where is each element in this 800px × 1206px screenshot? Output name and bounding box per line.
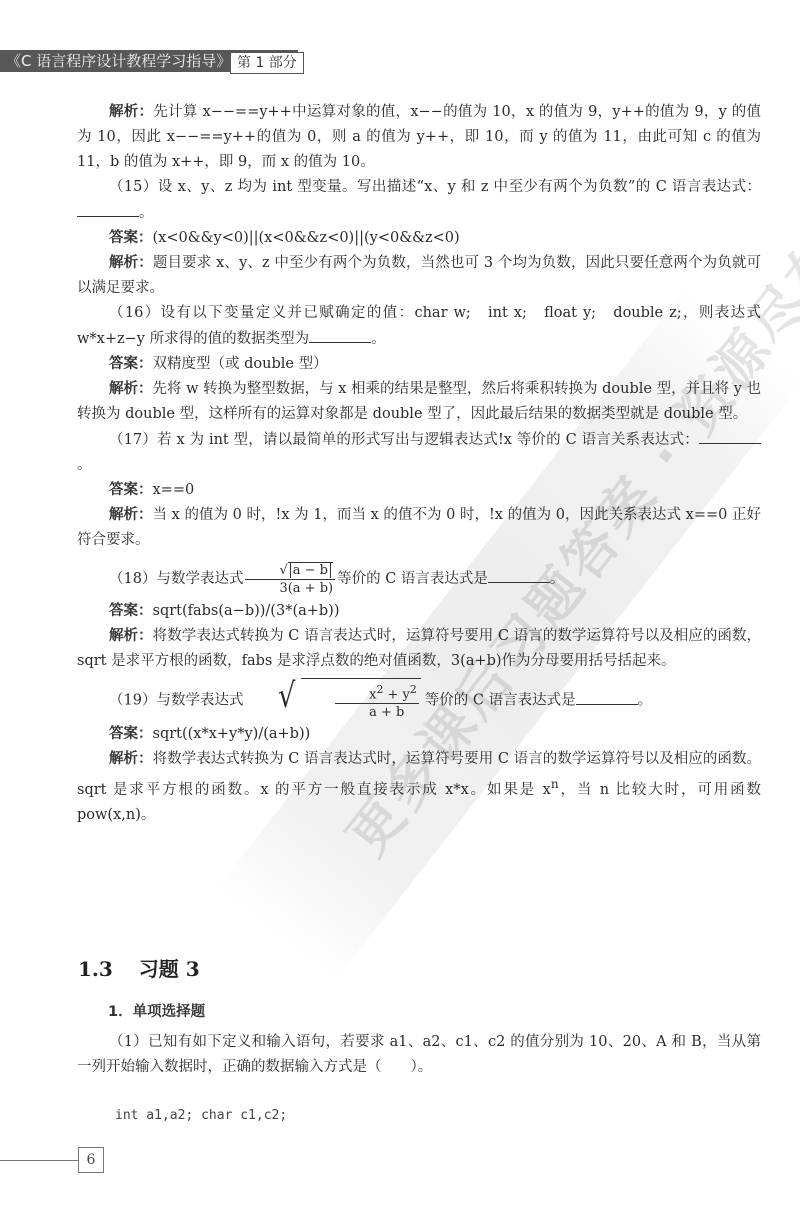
answer-text: sqrt(fabs(a−b))/(3*(a+b)) (153, 603, 340, 619)
q18-question: （18）与数学表达式√a − b3(a + b)等价的 C 语言表达式是。 (77, 559, 761, 599)
answer-text: x==0 (153, 482, 195, 498)
math-fraction: √a − b3(a + b) (245, 562, 335, 597)
q18-analysis: 解析：将数学表达式转换为 C 语言表达式时，运算符号要用 C 语言的数学运算符号… (77, 624, 761, 674)
answer-label: 答案： (109, 603, 153, 619)
answer-label: 答案： (109, 230, 153, 246)
answer-label: 答案： (109, 482, 153, 498)
math-sqrt: √x2 + y2a + b (247, 678, 420, 723)
answer-text: 双精度型（或 double 型） (153, 356, 328, 372)
q19-answer: 答案：sqrt((x*x+y*y)/(a+b)) (77, 722, 761, 747)
answer-text: (x<0&&y<0)||(x<0&&z<0)||(y<0&&z<0) (153, 230, 460, 246)
analysis-label: 解析： (109, 507, 153, 523)
analysis-label: 解析： (109, 104, 153, 120)
analysis-label: 解析： (109, 751, 153, 767)
analysis-text: 先将 w 转换为整型数据，与 x 相乘的结果是整型，然后将乘积转换为 doubl… (77, 381, 761, 422)
answer-blank (488, 566, 550, 583)
page-body: 解析：先计算 x−−==y++中运算对象的值，x−−的值为 10，x 的值为 9… (77, 100, 761, 828)
subsection-heading: 1．单项选择题 (108, 1000, 205, 1021)
q1-block: （1）已知有如下定义和输入语句，若要求 a1、a2、c1、c2 的值分别为 10… (77, 1030, 761, 1080)
answer-blank (77, 200, 139, 217)
answer-label: 答案： (109, 356, 153, 372)
page-number: 6 (78, 1147, 104, 1173)
running-header-title: 《C 语言程序设计教程学习指导》 (6, 51, 231, 71)
q17-analysis: 解析：当 x 的值为 0 时，!x 为 1，而当 x 的值不为 0 时，!x 的… (77, 503, 761, 553)
analysis-text: 题目要求 x、y、z 中至少有两个为负数，当然也可 3 个均为负数，因此只要任意… (77, 255, 761, 296)
code-snippet: int a1,a2; char c1,c2; (115, 1108, 287, 1123)
q16-answer: 答案：双精度型（或 double 型） (77, 352, 761, 377)
analysis-label: 解析： (109, 628, 153, 644)
sqrt-sign: √ (253, 678, 296, 723)
answer-text: sqrt((x*x+y*y)/(a+b)) (153, 726, 311, 742)
answer-blank (576, 688, 638, 705)
q1-question: （1）已知有如下定义和输入语句，若要求 a1、a2、c1、c2 的值分别为 10… (77, 1030, 761, 1080)
q19-question: （19）与数学表达式√x2 + y2a + b等价的 C 语言表达式是。 (77, 678, 761, 722)
sqrt-sign: √ (279, 563, 287, 578)
analysis-label: 解析： (109, 255, 153, 271)
section-heading: 1.3习题 3 (78, 953, 200, 982)
analysis-text: 先计算 x−−==y++中运算对象的值，x−−的值为 10，x 的值为 9，y+… (77, 104, 761, 170)
q16-analysis: 解析：先将 w 转换为整型数据，与 x 相乘的结果是整型，然后将乘积转换为 do… (77, 377, 761, 427)
section-number: 1.3 (78, 957, 113, 981)
q15-answer: 答案：(x<0&&y<0)||(x<0&&z<0)||(y<0&&z<0) (77, 226, 761, 251)
q18-answer: 答案：sqrt(fabs(a−b))/(3*(a+b)) (77, 599, 761, 624)
answer-blank (309, 326, 371, 343)
q17-question: （17）若 x 为 int 型，请以最简单的形式写出与逻辑表达式!x 等价的 C… (77, 427, 761, 478)
footer-rule (0, 1160, 78, 1161)
answer-blank (699, 427, 761, 444)
section-title-text: 习题 3 (139, 957, 200, 981)
running-header-part: 第 1 部分 (230, 52, 304, 74)
analysis-label: 解析： (109, 381, 153, 397)
q14-analysis: 解析：先计算 x−−==y++中运算对象的值，x−−的值为 10，x 的值为 9… (77, 100, 761, 175)
q15-analysis: 解析：题目要求 x、y、z 中至少有两个为负数，当然也可 3 个均为负数，因此只… (77, 251, 761, 301)
q15-question: （15）设 x、y、z 均为 int 型变量。写出描述“x、y 和 z 中至少有… (77, 175, 761, 226)
abs-value: a − b (290, 563, 331, 578)
q16-question: （16）设有以下变量定义并已赋确定的值：char w; int x; float… (77, 301, 761, 352)
q19-analysis: 解析：将数学表达式转换为 C 语言表达式时，运算符号要用 C 语言的数学运算符号… (77, 747, 761, 828)
answer-label: 答案： (109, 726, 153, 742)
analysis-text: 将数学表达式转换为 C 语言表达式时，运算符号要用 C 语言的数学运算符号以及相… (77, 628, 761, 669)
q17-answer: 答案：x==0 (77, 478, 761, 503)
analysis-text: 当 x 的值为 0 时，!x 为 1，而当 x 的值不为 0 时，!x 的值为 … (77, 507, 761, 548)
